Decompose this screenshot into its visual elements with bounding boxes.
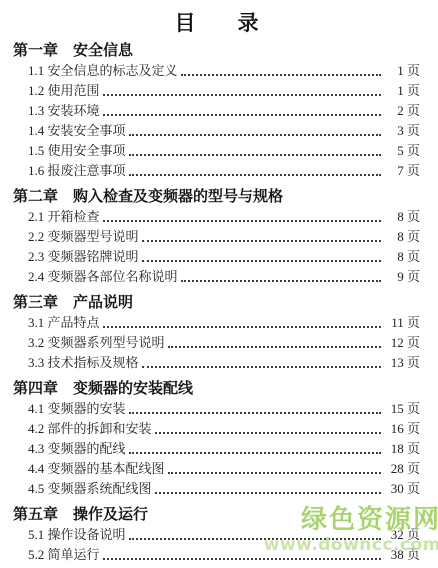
toc-entry: 1.2 使用范围1 页 <box>13 81 420 101</box>
toc-entry-page: 28 页 <box>387 459 420 479</box>
toc-entry-label: 3.1 产品特点 <box>28 313 100 333</box>
chapter-heading: 第四章 变频器的安装配线 <box>13 377 420 399</box>
dot-leader <box>103 81 381 96</box>
toc-entry-page: 7 页 <box>387 161 420 181</box>
toc-entry-label: 2.4 变频器各部位名称说明 <box>28 267 178 287</box>
toc-entry: 4.4 变频器的基本配线图28 页 <box>13 459 420 479</box>
dot-leader <box>103 313 381 328</box>
toc-entry: 1.4 安装安全事项3 页 <box>13 121 420 141</box>
toc-entry-label: 4.2 部件的拆卸和安装 <box>28 419 152 439</box>
toc-entry-label: 2.1 开箱检查 <box>28 207 100 227</box>
toc-entry-page: 5 页 <box>387 141 420 161</box>
toc-entry: 1.3 安装环境2 页 <box>13 101 420 121</box>
page-title: 目 录 <box>13 11 420 35</box>
dot-leader <box>103 207 381 222</box>
toc-entry: 4.3 变频器的配线18 页 <box>13 439 420 459</box>
dot-leader <box>155 419 381 434</box>
toc-entry: 3.1 产品特点11 页 <box>13 313 420 333</box>
toc-entry-label: 1.6 报废注意事项 <box>28 161 126 181</box>
toc-entry: 1.5 使用安全事项5 页 <box>13 141 420 161</box>
toc-entry-label: 1.4 安装安全事项 <box>28 121 126 141</box>
dot-leader <box>181 61 381 76</box>
dot-leader <box>129 121 381 136</box>
toc-entry-page: 38 页 <box>387 545 420 565</box>
toc-entry-page: 15 页 <box>387 399 420 419</box>
table-of-contents: 第一章 安全信息1.1 安全信息的标志及定义1 页1.2 使用范围1 页1.3 … <box>13 39 420 565</box>
toc-entry-page: 13 页 <box>387 353 420 373</box>
dot-leader <box>129 141 381 156</box>
toc-entry-page: 30 页 <box>387 479 420 499</box>
toc-entry-label: 2.2 变频器型号说明 <box>28 227 139 247</box>
dot-leader <box>168 459 381 474</box>
toc-entry-label: 3.2 变频器系列型号说明 <box>28 333 165 353</box>
toc-entry-page: 8 页 <box>387 207 420 227</box>
dot-leader <box>142 353 381 368</box>
toc-entry: 1.6 报废注意事项7 页 <box>13 161 420 181</box>
toc-entry: 5.2 简单运行38 页 <box>13 545 420 565</box>
toc-entry-page: 2 页 <box>387 101 420 121</box>
dot-leader <box>168 333 381 348</box>
toc-entry-page: 1 页 <box>387 61 420 81</box>
dot-leader <box>142 247 381 262</box>
dot-leader <box>129 439 381 454</box>
toc-entry: 3.2 变频器系列型号说明12 页 <box>13 333 420 353</box>
toc-entry: 2.1 开箱检查8 页 <box>13 207 420 227</box>
toc-entry: 4.1 变频器的安装15 页 <box>13 399 420 419</box>
toc-entry-page: 1 页 <box>387 81 420 101</box>
toc-entry: 5.1 操作设备说明32 页 <box>13 525 420 545</box>
toc-entry-page: 18 页 <box>387 439 420 459</box>
dot-leader <box>103 101 381 116</box>
toc-entry-label: 1.1 安全信息的标志及定义 <box>28 61 178 81</box>
toc-entry: 1.1 安全信息的标志及定义1 页 <box>13 61 420 81</box>
dot-leader <box>181 267 381 282</box>
chapter-heading: 第二章 购入检查及变频器的型号与规格 <box>13 185 420 207</box>
toc-document-page: 目 录 第一章 安全信息1.1 安全信息的标志及定义1 页1.2 使用范围1 页… <box>0 0 438 568</box>
toc-entry-label: 2.3 变频器铭牌说明 <box>28 247 139 267</box>
toc-entry: 2.2 变频器型号说明8 页 <box>13 227 420 247</box>
dot-leader <box>142 227 381 242</box>
toc-entry: 2.4 变频器各部位名称说明9 页 <box>13 267 420 287</box>
toc-entry: 3.3 技术指标及规格13 页 <box>13 353 420 373</box>
toc-entry-label: 5.2 简单运行 <box>28 545 100 565</box>
toc-entry-page: 32 页 <box>387 525 420 545</box>
toc-entry: 2.3 变频器铭牌说明8 页 <box>13 247 420 267</box>
toc-entry-label: 3.3 技术指标及规格 <box>28 353 139 373</box>
toc-entry-label: 4.5 变频器系统配线图 <box>28 479 152 499</box>
toc-entry-page: 16 页 <box>387 419 420 439</box>
toc-entry-label: 1.2 使用范围 <box>28 81 100 101</box>
dot-leader <box>129 161 381 176</box>
chapter-heading: 第三章 产品说明 <box>13 291 420 313</box>
toc-entry: 4.2 部件的拆卸和安装16 页 <box>13 419 420 439</box>
dot-leader <box>129 525 381 540</box>
chapter-heading: 第一章 安全信息 <box>13 39 420 61</box>
toc-entry-page: 9 页 <box>387 267 420 287</box>
dot-leader <box>103 545 381 560</box>
toc-entry-page: 8 页 <box>387 227 420 247</box>
toc-entry-label: 4.1 变频器的安装 <box>28 399 126 419</box>
dot-leader <box>129 399 381 414</box>
toc-entry-label: 1.3 安装环境 <box>28 101 100 121</box>
toc-entry-page: 3 页 <box>387 121 420 141</box>
toc-entry: 4.5 变频器系统配线图30 页 <box>13 479 420 499</box>
toc-entry-label: 4.3 变频器的配线 <box>28 439 126 459</box>
toc-entry-page: 8 页 <box>387 247 420 267</box>
chapter-heading: 第五章 操作及运行 <box>13 503 420 525</box>
dot-leader <box>155 479 381 494</box>
toc-entry-page: 11 页 <box>387 313 420 333</box>
toc-entry-page: 12 页 <box>387 333 420 353</box>
toc-entry-label: 5.1 操作设备说明 <box>28 525 126 545</box>
toc-entry-label: 4.4 变频器的基本配线图 <box>28 459 165 479</box>
toc-entry-label: 1.5 使用安全事项 <box>28 141 126 161</box>
